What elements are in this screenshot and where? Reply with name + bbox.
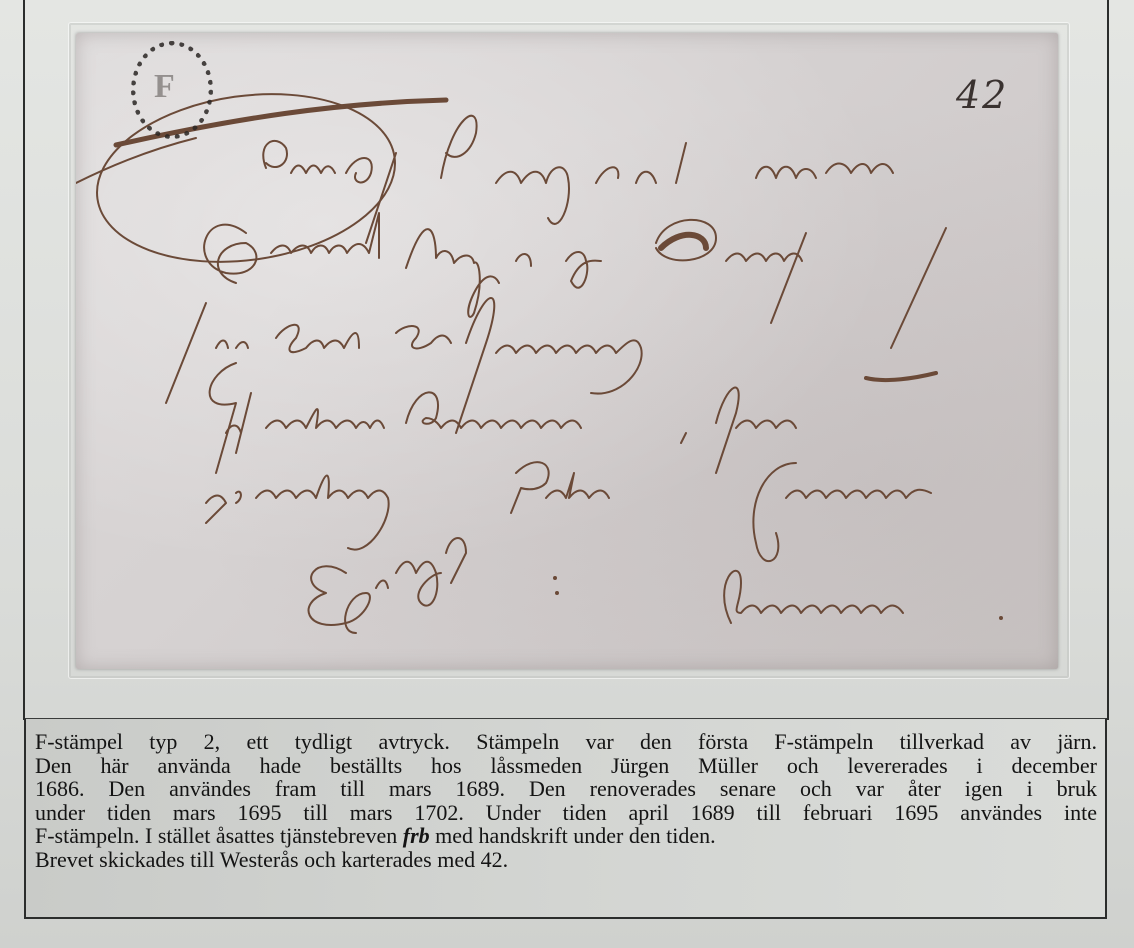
caption-line-5: F-stämpeln. I stället åsattes tjänstebre… [35, 824, 1097, 848]
caption-box: F-stämpel typ 2, ett tydligt avtryck. St… [24, 718, 1107, 919]
f-stamp-postmark: F [131, 41, 213, 139]
caption-line-5-post: med handskrift under den tiden. [430, 823, 716, 848]
caption-line-4: under tiden mars 1695 till mars 1702. Un… [35, 801, 1097, 825]
f-stamp-glyph: F [154, 68, 175, 106]
caption-line-2: Den här använda hade beställts hos låssm… [35, 754, 1097, 778]
caption-text: F-stämpel typ 2, ett tydligt avtryck. St… [35, 730, 1097, 871]
caption-line-3: 1686. Den användes fram till mars 1689. … [35, 777, 1097, 801]
frb-abbreviation: frb [403, 823, 430, 848]
caption-line-1: F-stämpel typ 2, ett tydligt avtryck. St… [35, 730, 1097, 754]
album-page-right-rule [1107, 0, 1109, 720]
handwriting-strokes [76, 33, 1058, 669]
caption-line-6: Brevet skickades till Westerås och karte… [35, 848, 1097, 872]
caption-line-5-pre: F-stämpeln. I stället åsattes tjänstebre… [35, 823, 403, 848]
album-page-left-rule [23, 0, 25, 720]
karta-number: 42 [956, 73, 1008, 117]
letter-cover: F 42 Rice Ass: Edelreig Ehr Tormann Gene… [76, 33, 1058, 669]
